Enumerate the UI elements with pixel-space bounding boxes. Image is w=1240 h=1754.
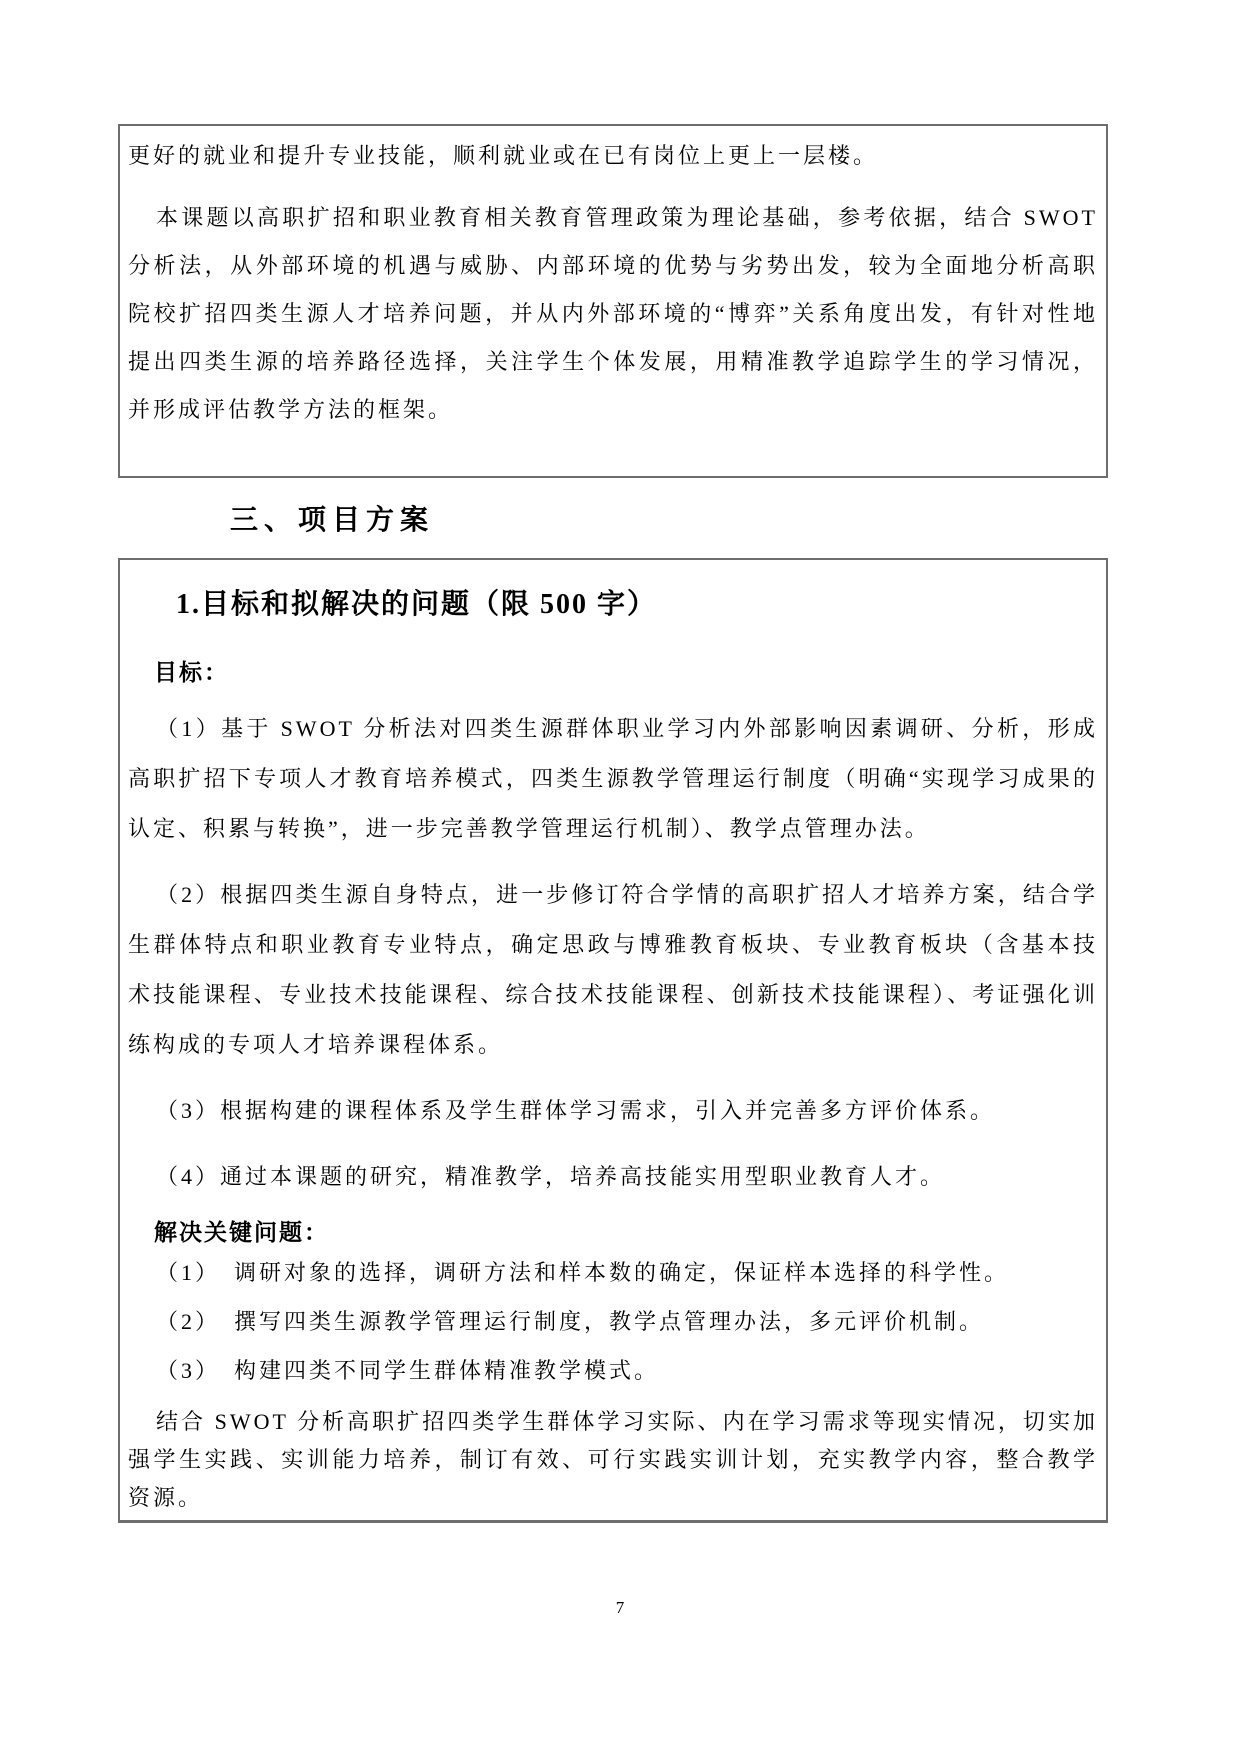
paragraph-continuation: 更好的就业和提升专业技能，顺利就业或在已有岗位上更上一层楼。 bbox=[128, 132, 1098, 180]
goal-item-3: （3）根据构建的课程体系及学生群体学习需求，引入并完善多方评价体系。 bbox=[128, 1086, 1098, 1136]
goals-label: 目标： bbox=[154, 658, 1098, 688]
problem-item-3: （3） 构建四类不同学生群体精准教学模式。 bbox=[128, 1346, 1098, 1395]
problem-item-2: （2） 撰写四类生源教学管理运行制度，教学点管理办法，多元评价机制。 bbox=[128, 1297, 1098, 1346]
problem-item-1: （1） 调研对象的选择，调研方法和样本数的确定，保证样本选择的科学性。 bbox=[128, 1248, 1098, 1297]
subsection-heading-goals-and-problems: 1.目标和拟解决的问题（限 500 字） bbox=[176, 586, 1098, 624]
goal-item-4: （4）通过本课题的研究，精准教学，培养高技能实用型职业教育人才。 bbox=[128, 1152, 1098, 1202]
key-problems-label: 解决关键问题： bbox=[154, 1218, 1098, 1248]
goal-item-1: （1）基于 SWOT 分析法对四类生源群体职业学习内外部影响因素调研、分析，形成… bbox=[128, 704, 1098, 854]
document-page: 更好的就业和提升专业技能，顺利就业或在已有岗位上更上一层楼。 本课题以高职扩招和… bbox=[0, 0, 1240, 1754]
page-number: 7 bbox=[0, 1598, 1240, 1618]
goal-item-2: （2）根据四类生源自身特点，进一步修订符合学情的高职扩招人才培养方案，结合学生群… bbox=[128, 870, 1098, 1070]
previous-section-text-box: 更好的就业和提升专业技能，顺利就业或在已有岗位上更上一层楼。 本课题以高职扩招和… bbox=[118, 124, 1108, 478]
closing-paragraph: 结合 SWOT 分析高职扩招四类学生群体学习实际、内在学习需求等现实情况，切实加… bbox=[128, 1403, 1098, 1517]
project-plan-box: 1.目标和拟解决的问题（限 500 字） 目标： （1）基于 SWOT 分析法对… bbox=[118, 558, 1108, 1523]
paragraph-project-basis: 本课题以高职扩招和职业教育相关教育管理政策为理论基础，参考依据，结合 SWOT … bbox=[128, 194, 1098, 434]
section-heading-project-plan: 三、项目方案 bbox=[230, 498, 434, 544]
